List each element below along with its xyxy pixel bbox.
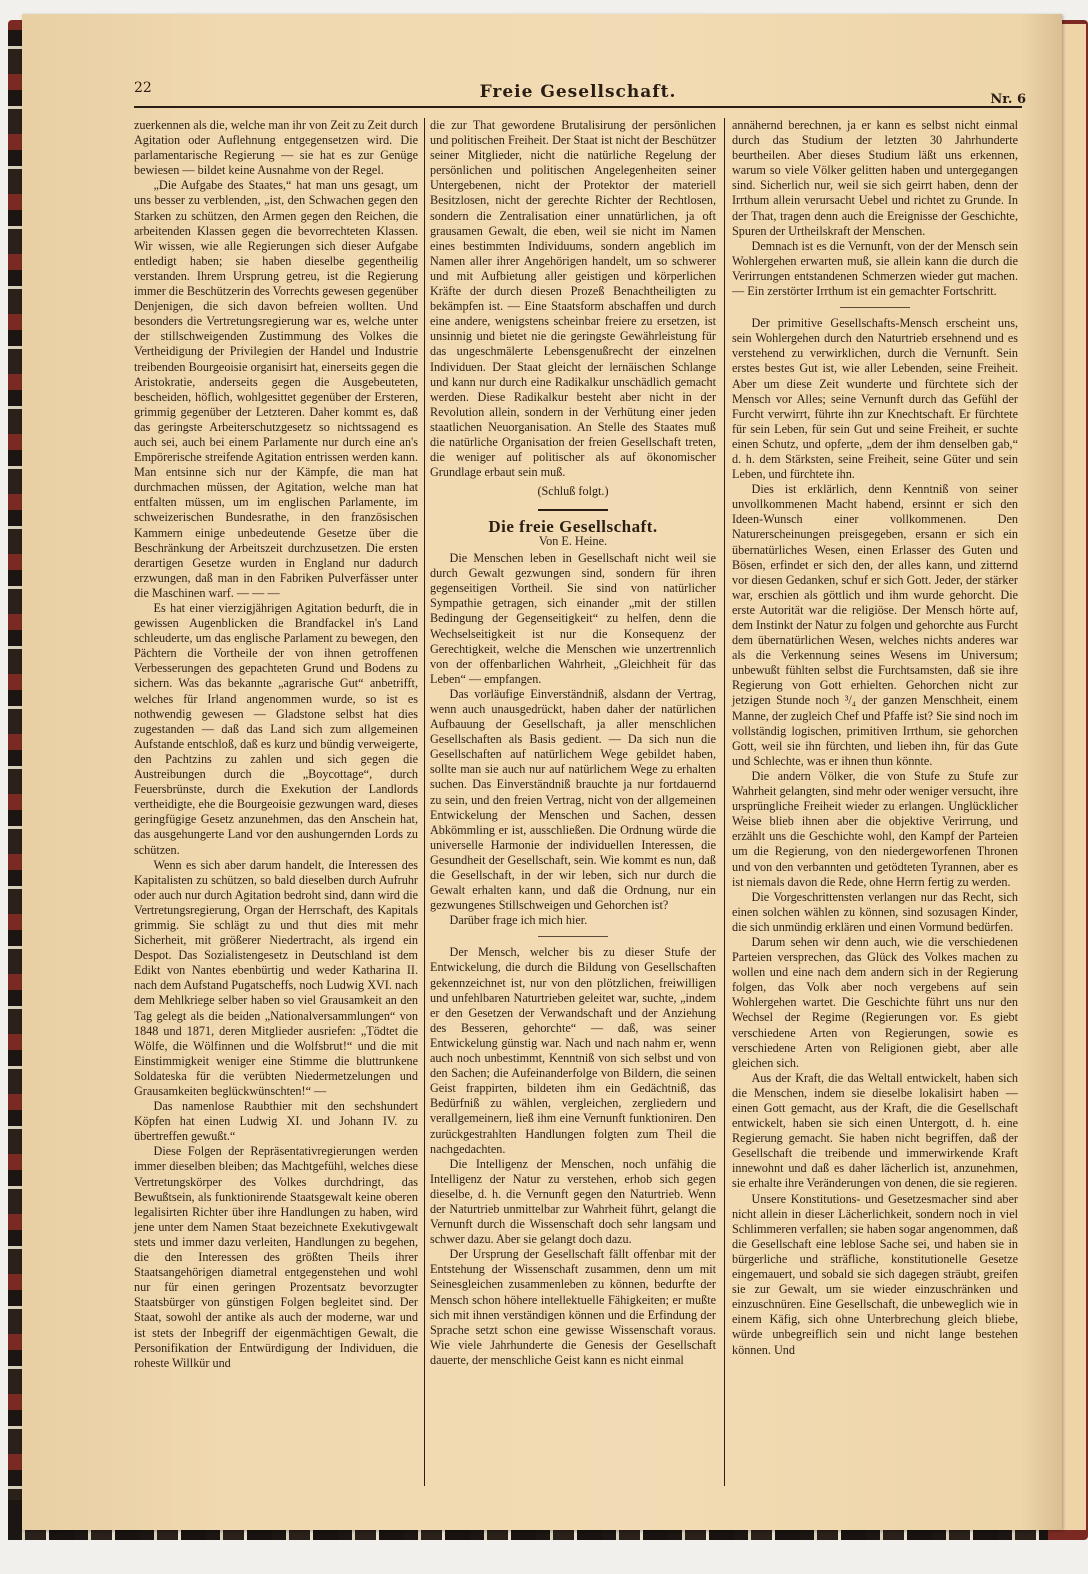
paragraph: Demnach ist es die Vernunft, von der der… [732, 239, 1018, 299]
paragraph: Wenn es sich aber darum handelt, die Int… [134, 858, 418, 1100]
paragraph-rule [538, 936, 608, 937]
column-divider-1 [424, 118, 425, 1486]
paragraph: Der Mensch, welcher bis zu dieser Stufe … [430, 945, 716, 1156]
header-rule [134, 106, 1022, 108]
paragraph: Die Intelligenz der Menschen, noch unfäh… [430, 1157, 716, 1248]
page-header: 22 Freie Gesellschaft. Nr. 6 [134, 80, 1022, 108]
paragraph: Der Ursprung der Gesellschaft fällt offe… [430, 1247, 716, 1368]
article-byline: Von E. Heine. [430, 534, 716, 549]
paragraph: „Die Aufgabe des Staates,“ hat man uns g… [134, 178, 418, 601]
paragraph: die zur That gewordene Brutalisirung der… [430, 118, 716, 480]
paragraph-rule [840, 307, 910, 308]
issue-number: Nr. 6 [990, 92, 1026, 107]
paragraph: Unsere Konstitutions- und Gesetzesmacher… [732, 1192, 1018, 1358]
paragraph: Die Vorgeschrittensten verlangen nur das… [732, 890, 1018, 935]
section-rule [538, 509, 608, 511]
masthead-title: Freie Gesellschaft. [134, 82, 1022, 102]
column-2: die zur That gewordene Brutalisirung der… [430, 118, 716, 1368]
article-title: Die freie Gesellschaft. [430, 519, 716, 534]
paragraph: Es hat einer vierzigjährigen Agitation b… [134, 601, 418, 858]
paragraph: Darum sehen wir denn auch, wie die versc… [732, 935, 1018, 1071]
column-3: annähernd berechnen, ja er kann es selbs… [732, 118, 1018, 1358]
paragraph: Die Menschen leben in Gesellschaft nicht… [430, 551, 716, 687]
column-1: zuerkennen als die, welche man ihr von Z… [134, 118, 418, 1371]
paragraph: Aus der Kraft, die das Weltall entwickel… [732, 1071, 1018, 1192]
paragraph: zuerkennen als die, welche man ihr von Z… [134, 118, 418, 178]
paragraph: Diese Folgen der Repräsentativregierunge… [134, 1144, 418, 1370]
column-divider-2 [724, 118, 725, 1486]
paragraph: Das namenlose Raubthier mit den sechshun… [134, 1099, 418, 1144]
paragraph: Darüber frage ich mich hier. [430, 913, 716, 928]
paragraph: Die andern Völker, die von Stufe zu Stuf… [732, 769, 1018, 890]
paragraph: annähernd berechnen, ja er kann es selbs… [732, 118, 1018, 239]
paragraph: Dies ist erklärlich, denn Kenntniß von s… [732, 482, 1018, 769]
continuation-note: (Schluß folgt.) [430, 484, 716, 499]
paragraph: Das vorläufige Einverständniß, alsdann d… [430, 687, 716, 913]
paragraph: Der primitive Gesellschafts-Mensch ersch… [732, 316, 1018, 482]
